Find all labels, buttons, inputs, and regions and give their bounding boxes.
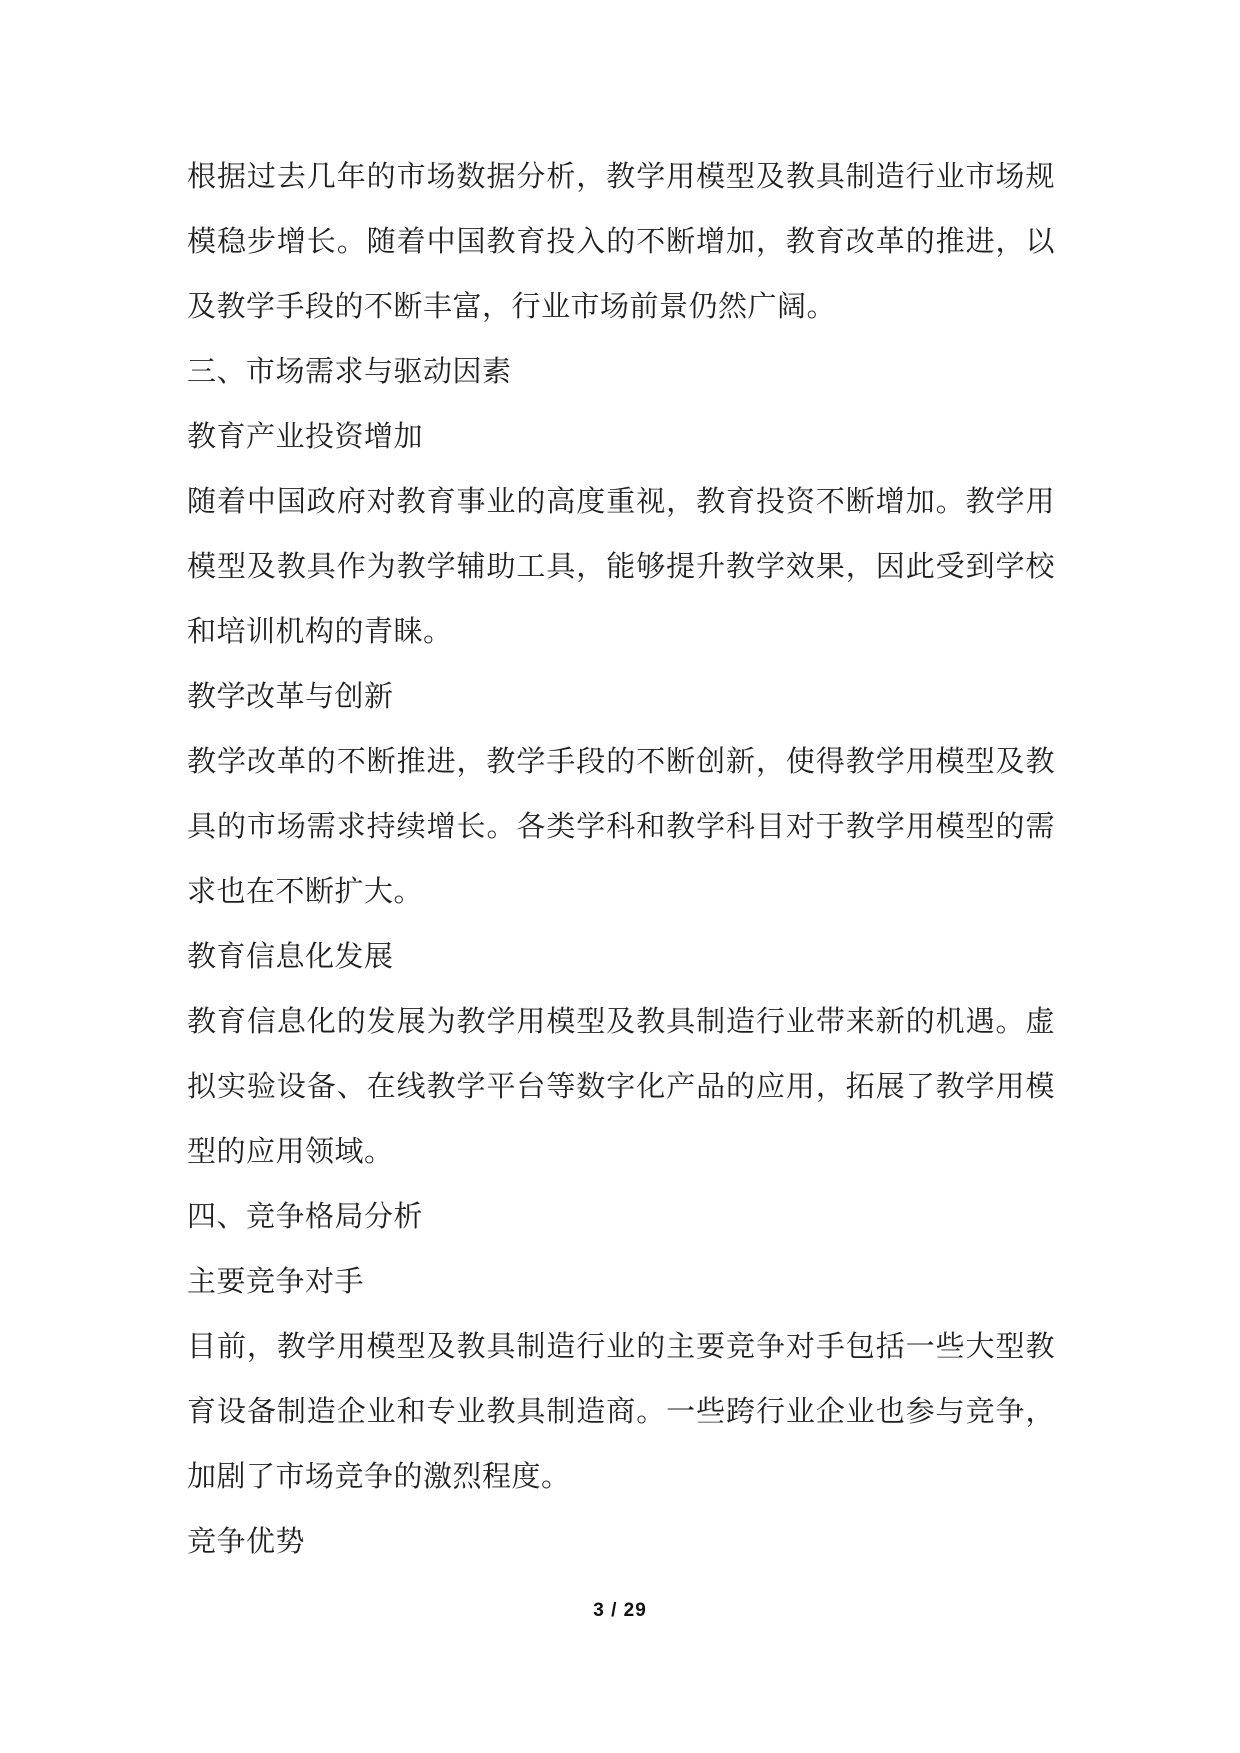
body-text-line: 育设备制造企业和专业教具制造商。一些跨行业企业也参与竞争， (187, 1380, 1055, 1445)
section-heading: 三、市场需求与驱动因素 (187, 340, 1055, 405)
body-text-line: 模稳步增长。随着中国教育投入的不断增加，教育改革的推进，以 (187, 210, 1055, 275)
body-text-line: 型的应用领域。 (187, 1120, 1055, 1185)
document-page: 根据过去几年的市场数据分析，教学用模型及教具制造行业市场规模稳步增长。随着中国教… (0, 0, 1240, 1753)
body-text-line: 及教学手段的不断丰富，行业市场前景仍然广阔。 (187, 275, 1055, 340)
body-text-line: 拟实验设备、在线教学平台等数字化产品的应用，拓展了教学用模 (187, 1055, 1055, 1120)
page-number: 3 / 29 (593, 1600, 647, 1621)
document-body: 根据过去几年的市场数据分析，教学用模型及教具制造行业市场规模稳步增长。随着中国教… (187, 145, 1055, 1575)
body-text-line: 和培训机构的青睐。 (187, 600, 1055, 665)
body-text-line: 随着中国政府对教育事业的高度重视，教育投资不断增加。教学用 (187, 470, 1055, 535)
section-heading: 四、竞争格局分析 (187, 1185, 1055, 1250)
sub-heading: 教育产业投资增加 (187, 405, 1055, 470)
body-text-line: 教学改革的不断推进，教学手段的不断创新，使得教学用模型及教 (187, 730, 1055, 795)
sub-heading: 教学改革与创新 (187, 665, 1055, 730)
sub-heading: 主要竞争对手 (187, 1250, 1055, 1315)
body-text-line: 教育信息化的发展为教学用模型及教具制造行业带来新的机遇。虚 (187, 990, 1055, 1055)
sub-heading: 竞争优势 (187, 1510, 1055, 1575)
body-text-line: 求也在不断扩大。 (187, 860, 1055, 925)
sub-heading: 教育信息化发展 (187, 925, 1055, 990)
body-text-line: 具的市场需求持续增长。各类学科和教学科目对于教学用模型的需 (187, 795, 1055, 860)
body-text-line: 加剧了市场竞争的激烈程度。 (187, 1445, 1055, 1510)
body-text-line: 目前，教学用模型及教具制造行业的主要竞争对手包括一些大型教 (187, 1315, 1055, 1380)
body-text-line: 模型及教具作为教学辅助工具，能够提升教学效果，因此受到学校 (187, 535, 1055, 600)
body-text-line: 根据过去几年的市场数据分析，教学用模型及教具制造行业市场规 (187, 145, 1055, 210)
page-footer: 3 / 29 (0, 1600, 1240, 1622)
